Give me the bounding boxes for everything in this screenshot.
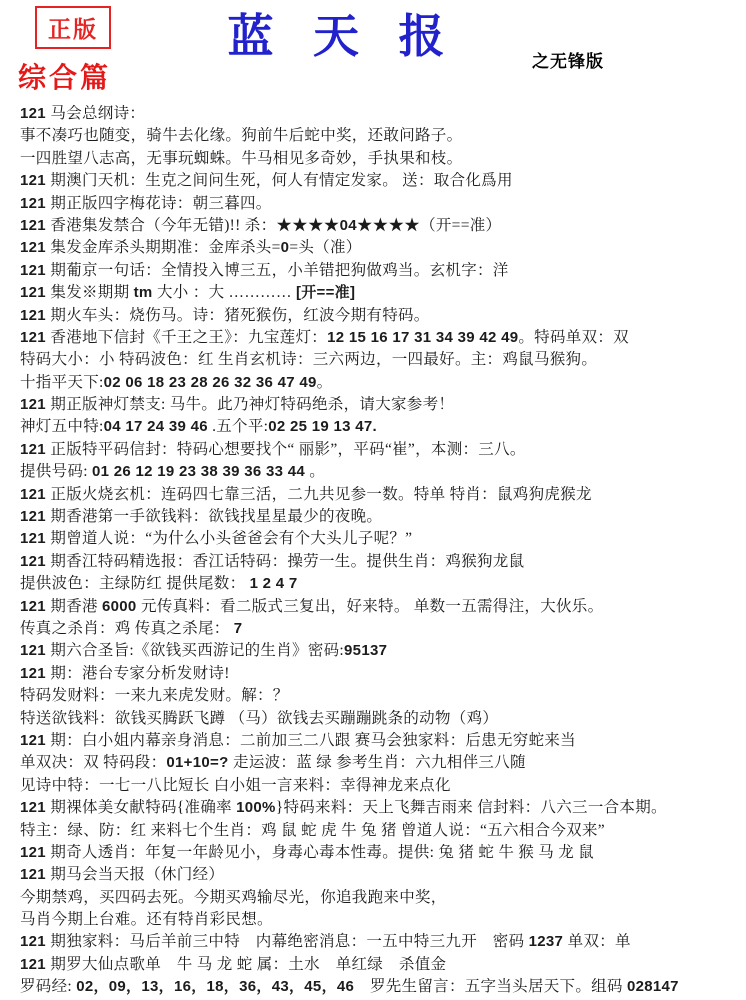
text-segment: 期裸体美女献特码{准确率 — [50, 799, 236, 816]
text-segment: 期六合圣旨:《欲钱买西游记的生肖》密码: — [50, 642, 344, 659]
text-line: 121 香港集发禁合（今年无错)!! 杀：★★★★04★★★★（开==准） — [20, 215, 742, 237]
text-segment: 期独家料：马后羊前三中特 内幕绝密消息：一五中特三九开 密码 — [50, 933, 528, 950]
text-segment: 正版火烧玄机：连码四七靠三活，二九共见参一数。特单 特肖：鼠鸡狗虎猴龙 — [50, 486, 591, 503]
text-line: 神灯五中特:04 17 24 39 46 .五个平:02 25 19 13 47… — [20, 416, 742, 438]
text-segment: 传真之杀肖：鸡 传真之杀尾： — [20, 620, 234, 637]
text-segment: 特送欲钱料：欲钱买腾跃飞蹲 （马）欲钱去买蹦蹦跳条的动物（鸡） — [20, 710, 498, 727]
text-segment-bold: 121 — [20, 396, 50, 413]
text-segment: 十指平天下: — [20, 374, 104, 391]
edition-label: 之无锋版 — [532, 47, 604, 72]
text-line: 121 期独家料：马后羊前三中特 内幕绝密消息：一五中特三九开 密码 1237 … — [20, 931, 742, 953]
text-segment-bold: 1 2 4 7 — [250, 575, 298, 592]
text-line: 121 集发※期期 tm 大小 ：大 ………… [开==准] — [20, 282, 742, 304]
text-segment: 特码发财料：一来九来虎发财。解：？ — [20, 687, 289, 704]
text-segment: 罗先生留言：五字当头居天下。组码 — [354, 978, 627, 995]
text-segment-bold: 121 — [20, 195, 50, 212]
text-segment-bold: 0 — [281, 239, 290, 256]
text-line: 十指平天下:02 06 18 23 28 26 32 36 47 49。 — [20, 372, 742, 394]
text-line: 一四胜望八志高，无事玩蜘蛛。牛马相见多奇妙，手执果和枝。 — [20, 148, 742, 170]
text-segment-bold: 02 25 19 13 47. — [268, 418, 377, 435]
text-line: 121 期火车头：烧伤马。诗：猪死猴伤，红波今期有特码。 — [20, 305, 742, 327]
text-line: 121 期六合圣旨:《欲钱买西游记的生肖》密码:95137 — [20, 640, 742, 662]
text-segment-bold: 121 — [20, 933, 50, 950]
text-segment-bold: 121 — [20, 284, 50, 301]
text-line: 单双决：双 特码段：01+10=? 走运波：蓝 绿 参考生肖：六九相伴三八随 — [20, 752, 742, 774]
text-segment: 香港集发禁合（今年无错)!! 杀：★★★★ — [50, 217, 339, 234]
text-segment: 期葡京一句话：全情投入博三五，小羊错把狗做鸡当。玄机字：洋 — [50, 262, 508, 279]
text-segment-bold: [开==准] — [296, 284, 355, 301]
text-segment: 神灯五中特: — [20, 418, 104, 435]
text-segment-bold: 121 — [20, 799, 50, 816]
text-line: 121 期正版神灯禁支: 马牛。此乃神灯特码绝杀，请大家参考！ — [20, 394, 742, 416]
text-line: 121 期葡京一句话：全情投入博三五，小羊错把狗做鸡当。玄机字：洋 — [20, 260, 742, 282]
text-segment-bold: 121 — [20, 486, 50, 503]
text-segment-bold: 028147 — [627, 978, 679, 995]
text-segment-bold: 01 26 12 19 23 38 39 36 33 44 — [92, 463, 305, 480]
text-line: 121 正版火烧玄机：连码四七靠三活，二九共见参一数。特单 特肖：鼠鸡狗虎猴龙 — [20, 484, 742, 506]
text-line: 121 集发金库杀头期期准：金库杀头=0=头（准） — [20, 237, 742, 259]
text-segment-bold: 12 15 16 17 31 34 39 42 49 — [327, 329, 518, 346]
text-segment: 见诗中特：一七一八比短长 白小姐一言来料：幸得神龙来点化 — [20, 777, 451, 794]
text-line: 121 期：白小姐内幕亲身消息：二前加三二八跟 赛马会独家料：后患无穷蛇来当 — [20, 730, 742, 752]
text-segment: 期香港 — [50, 598, 102, 615]
text-line: 121 期香江特码精选报：香江话特码：操劳一生。提供生肖：鸡猴狗龙鼠 — [20, 551, 742, 573]
text-segment-bold: 121 — [20, 844, 50, 861]
text-segment-bold: 04 — [340, 217, 357, 234]
text-line: 马肖今期上台难。还有特肖彩民想。 — [20, 909, 742, 931]
text-segment: 期火车头：烧伤马。诗：猪死猴伤，红波今期有特码。 — [50, 307, 429, 324]
text-segment: 一四胜望八志高，无事玩蜘蛛。牛马相见多奇妙，手执果和枝。 — [20, 150, 462, 167]
text-line: 121 期正版四字梅花诗：朝三暮四。 — [20, 193, 742, 215]
text-segment: 事不凑巧也随变，骑牛去化缘。狗前牛后蛇中奖，还敢问路子。 — [20, 127, 462, 144]
text-segment-bold: 121 — [20, 307, 50, 324]
text-segment: 期香江特码精选报：香江话特码：操劳一生。提供生肖：鸡猴狗龙鼠 — [50, 553, 524, 570]
text-segment-bold: 95137 — [344, 642, 387, 659]
text-line: 特主：绿、防：红 来料七个生肖：鸡 鼠 蛇 虎 牛 兔 猪 曾道人说：“五六相合… — [20, 820, 742, 842]
text-segment-bold: 121 — [20, 642, 50, 659]
text-segment: 期曾道人说：“为什么小头爸爸会有个大头儿子呢？” — [50, 530, 412, 547]
text-line: 121 期曾道人说：“为什么小头爸爸会有个大头儿子呢？” — [20, 528, 742, 550]
text-segment: 提供波色：主绿防红 提供尾数： — [20, 575, 250, 592]
text-line: 121 马会总纲诗： — [20, 103, 742, 125]
text-segment: 走运波：蓝 绿 参考生肖：六九相伴三八随 — [233, 754, 526, 771]
body-lines: 121 马会总纲诗：事不凑巧也随变，骑牛去化缘。狗前牛后蛇中奖，还敢问路子。一四… — [20, 103, 742, 999]
text-segment-bold: 121 — [20, 665, 50, 682]
text-segment: 期罗大仙点歌单 牛 马 龙 蛇 属：土水 单红绿 杀值金 — [50, 956, 446, 973]
text-segment: 提供号码: — [20, 463, 92, 480]
text-segment: 。特码单双：双 — [518, 329, 629, 346]
text-segment-bold: 121 — [20, 239, 50, 256]
text-segment: 期奇人透肖：年复一年龄见小，身毒心毒本性毒。提供: 兔 猪 蛇 牛 猴 马 龙 … — [50, 844, 594, 861]
text-segment-bold: 100% — [236, 799, 276, 816]
text-segment-bold: 04 17 24 39 46 — [104, 418, 208, 435]
text-segment: 。 — [317, 374, 333, 391]
text-line: 121 正版特平码信封：特码心想要找个“ 丽影”，平码“崔”，本测：三八。 — [20, 439, 742, 461]
text-segment: 今期禁鸡，买四码去死。今期买鸡输尽光，你追我跑来中奖， — [20, 889, 447, 906]
text-line: 121 期澳门天机：生克之间问生死，何人有情定发家。 送：取合化爲用 — [20, 170, 742, 192]
text-segment-bold: 02，09，13，16，18，36，43，45，46 — [76, 978, 354, 995]
text-line: 见诗中特：一七一八比短长 白小姐一言来料：幸得神龙来点化 — [20, 775, 742, 797]
text-line: 传真之杀肖：鸡 传真之杀尾： 7 — [20, 618, 742, 640]
page: { "header": { "badge": "正版", "title": "蓝… — [0, 0, 746, 1000]
text-line: 121 期马会当天报（休门经） — [20, 864, 742, 886]
text-segment-bold: 121 — [20, 172, 50, 189]
text-segment: 大小 ：大 ………… — [157, 284, 296, 301]
text-segment-bold: 1237 — [529, 933, 568, 950]
text-segment: 元传真料：看二版式三复出，好来特。 单数一五需得注，大伙乐。 — [141, 598, 603, 615]
text-segment: 罗码经: — [20, 978, 76, 995]
text-segment-bold: 121 — [20, 553, 50, 570]
text-line: 特送欲钱料：欲钱买腾跃飞蹲 （马）欲钱去买蹦蹦跳条的动物（鸡） — [20, 708, 742, 730]
text-segment: }特码来料：天上飞舞吉雨来 信封料：八六三一合本期。 — [276, 799, 667, 816]
text-segment-bold: 121 — [20, 956, 50, 973]
text-segment: 期香港第一手欲钱料：欲钱找星星最少的夜晚。 — [50, 508, 382, 525]
text-segment-bold: 121 — [20, 262, 50, 279]
text-segment-bold: 121 — [20, 329, 50, 346]
text-line: 121 期裸体美女献特码{准确率 100%}特码来料：天上飞舞吉雨来 信封料：八… — [20, 797, 742, 819]
text-segment-bold: 121 — [20, 530, 50, 547]
text-segment-bold: 121 — [20, 105, 50, 122]
text-line: 事不凑巧也随变，骑牛去化缘。狗前牛后蛇中奖，还敢问路子。 — [20, 125, 742, 147]
text-segment: =头（准） — [289, 239, 361, 256]
text-line: 121 期香港第一手欲钱料：欲钱找星星最少的夜晚。 — [20, 506, 742, 528]
text-segment: 正版特平码信封：特码心想要找个“ 丽影”，平码“崔”，本测：三八。 — [50, 441, 525, 458]
text-segment: 特码大小：小 特码波色：红 生肖玄机诗：三六两边，一四最好。主：鸡鼠马猴狗。 — [20, 351, 597, 368]
text-line: 121 香港地下信封《千王之王》：九宝莲灯：12 15 16 17 31 34 … — [20, 327, 742, 349]
text-segment: 期马会当天报（休门经） — [50, 866, 224, 883]
text-line: 121 期香港 6000 元传真料：看二版式三复出，好来特。 单数一五需得注，大… — [20, 596, 742, 618]
text-segment: 马肖今期上台难。还有特肖彩民想。 — [20, 911, 273, 928]
text-segment-bold: 121 — [20, 732, 50, 749]
text-segment-bold: 121 — [20, 866, 50, 883]
text-segment: 期正版四字梅花诗：朝三暮四。 — [50, 195, 271, 212]
text-line: 提供波色：主绿防红 提供尾数： 1 2 4 7 — [20, 573, 742, 595]
text-segment-bold: 121 — [20, 217, 50, 234]
text-line: 121 期：港台专家分析发财诗! — [20, 663, 742, 685]
text-segment: 香港地下信封《千王之王》：九宝莲灯： — [50, 329, 327, 346]
text-line: 罗码经: 02，09，13，16，18，36，43，45，46 罗先生留言：五字… — [20, 976, 742, 998]
text-segment-bold: 01+10=? — [166, 754, 233, 771]
text-segment-bold: 121 — [20, 598, 50, 615]
text-segment: 单双决：双 特码段： — [20, 754, 166, 771]
text-segment: 期澳门天机：生克之间问生死，何人有情定发家。 送：取合化爲用 — [50, 172, 512, 189]
text-segment-bold: 02 06 18 23 28 26 32 36 47 49 — [104, 374, 317, 391]
text-segment-bold: 6000 — [102, 598, 141, 615]
text-segment: 。 — [305, 463, 325, 480]
text-line: 121 期奇人透肖：年复一年龄见小，身毒心毒本性毒。提供: 兔 猪 蛇 牛 猴 … — [20, 842, 742, 864]
text-segment: 期：白小姐内幕亲身消息：二前加三二八跟 赛马会独家料：后患无穷蛇来当 — [50, 732, 576, 749]
text-segment: .五个平: — [208, 418, 268, 435]
text-segment-bold: 121 — [20, 441, 50, 458]
text-segment: 期：港台专家分析发财诗! — [50, 665, 229, 682]
text-line: 今期禁鸡，买四码去死。今期买鸡输尽光，你追我跑来中奖， — [20, 887, 742, 909]
text-segment-bold: 121 — [20, 508, 50, 525]
text-line: 特码发财料：一来九来虎发财。解：？ — [20, 685, 742, 707]
text-segment: 集发金库杀头期期准：金库杀头= — [50, 239, 280, 256]
text-segment: 单双：单 — [568, 933, 631, 950]
text-segment: 集发※期期 — [50, 284, 133, 301]
text-segment: ★★★★（开==准） — [357, 217, 501, 234]
section-title: 综合篇 — [18, 56, 111, 96]
text-line: 特码大小：小 特码波色：红 生肖玄机诗：三六两边，一四最好。主：鸡鼠马猴狗。 — [20, 349, 742, 371]
text-line: 121 期罗大仙点歌单 牛 马 龙 蛇 属：土水 单红绿 杀值金 — [20, 954, 742, 976]
text-segment-bold: tm — [134, 284, 157, 301]
text-line: 提供号码: 01 26 12 19 23 38 39 36 33 44 。 — [20, 461, 742, 483]
text-segment-bold: 7 — [234, 620, 243, 637]
text-segment: 期正版神灯禁支: 马牛。此乃神灯特码绝杀，请大家参考！ — [50, 396, 454, 413]
text-segment: 特主：绿、防：红 来料七个生肖：鸡 鼠 蛇 虎 牛 兔 猪 曾道人说：“五六相合… — [20, 822, 605, 839]
text-segment: 马会总纲诗： — [50, 105, 145, 122]
